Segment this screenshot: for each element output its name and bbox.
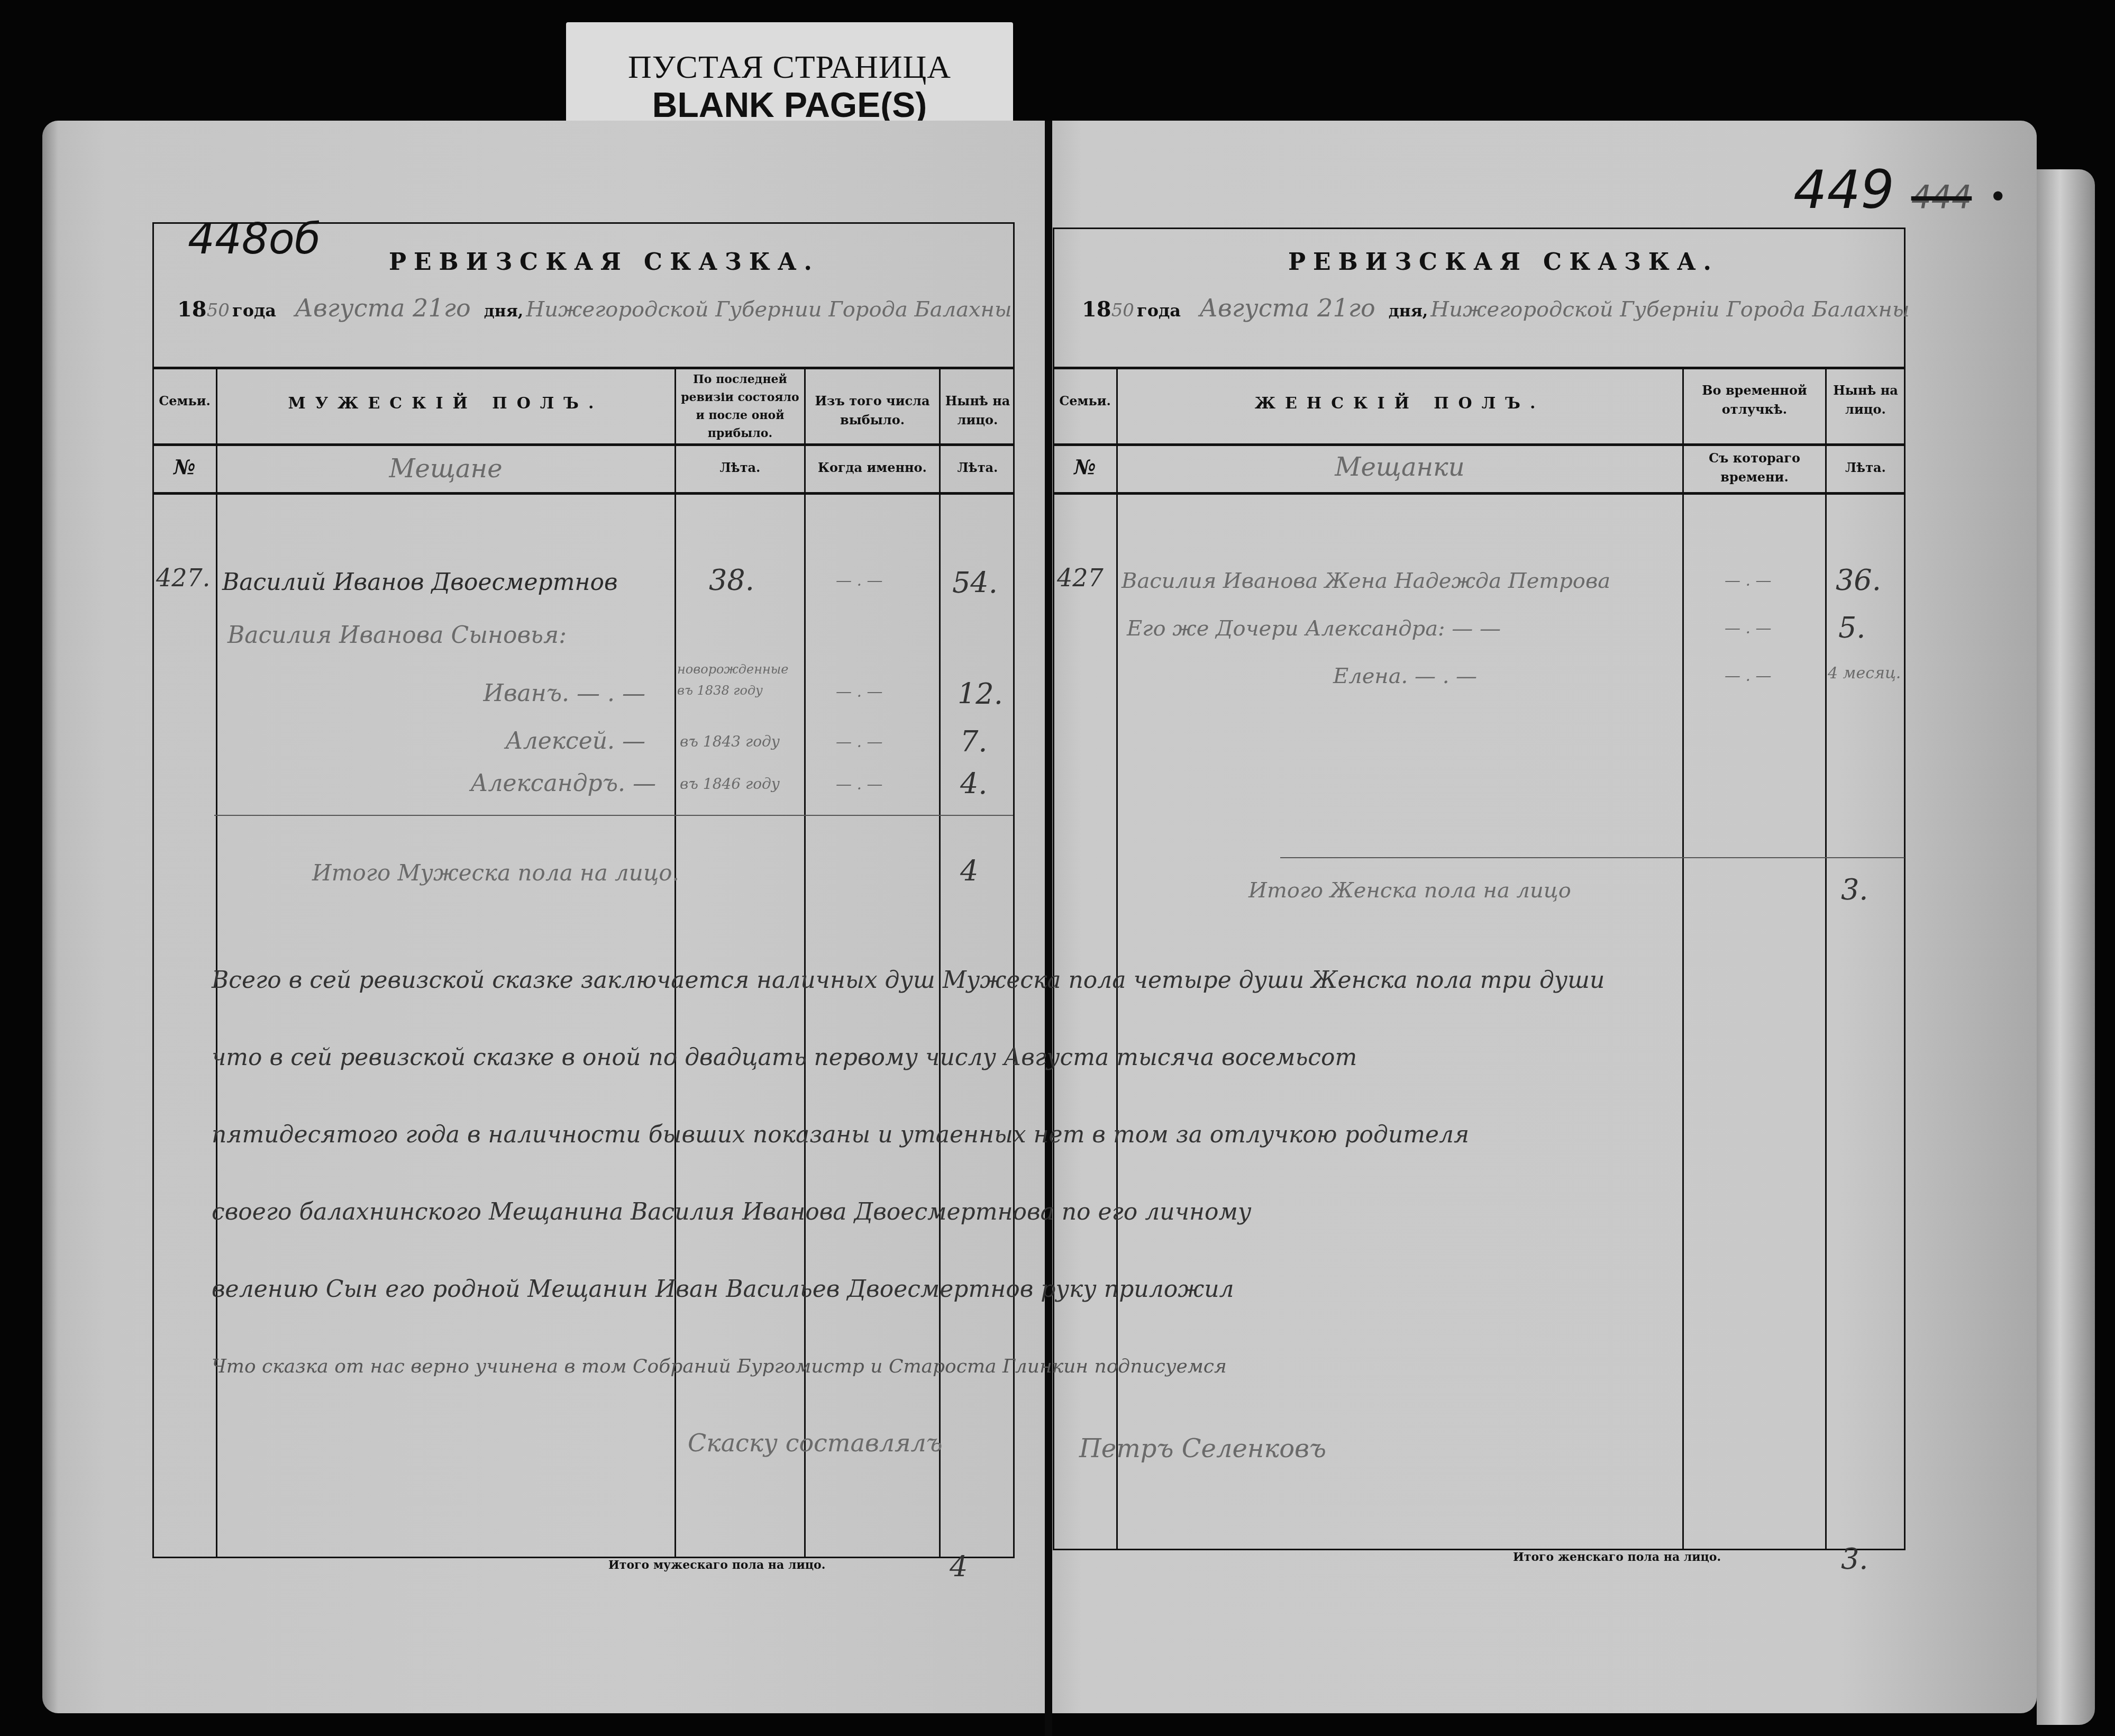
right-header-sex: ЖЕНСКІЙ ПОЛЪ. bbox=[1117, 394, 1682, 413]
right-location-handwritten: Нижегородской Губерніи Города Балахны bbox=[1430, 297, 1909, 322]
left-footer-value: 4 bbox=[950, 1550, 968, 1584]
right-header-present: Нынѣ на лицо. bbox=[1827, 381, 1904, 419]
right-header-bottom-rule bbox=[1053, 492, 1906, 495]
left-date-line: 1850 года Августа 21го дня, Нижегородско… bbox=[177, 294, 1012, 322]
row-no: 427. bbox=[156, 563, 210, 592]
left-signature: Скаску составлялъ bbox=[688, 1429, 942, 1457]
row-name: Его же Дочери Александра: — — bbox=[1127, 616, 1501, 641]
row-last-revision: въ 1843 году bbox=[680, 733, 780, 750]
left-year-prefix: 18 bbox=[177, 297, 207, 322]
right-header-estate: Мещанки bbox=[1117, 452, 1682, 482]
closing-text-line: велению Сын его родной Мещанин Иван Васи… bbox=[212, 1251, 2010, 1328]
row-name: Василия Иванова Жена Надежда Петрова bbox=[1122, 569, 1610, 593]
left-date-handwritten: Августа 21го bbox=[295, 294, 470, 322]
right-header-mid-rule bbox=[1053, 443, 1906, 446]
left-header-top-rule bbox=[152, 367, 1015, 369]
right-page-number: 449 444 • bbox=[1793, 159, 2007, 221]
left-year-word: года bbox=[232, 301, 276, 321]
book-spine bbox=[1045, 121, 1052, 1736]
right-header-no: № bbox=[1054, 458, 1116, 477]
row-name: Алексей. — bbox=[233, 728, 645, 755]
right-year-prefix: 18 bbox=[1082, 297, 1111, 322]
closing-text-line: пятидесятого года в наличности бывших по… bbox=[212, 1096, 2010, 1174]
left-location-handwritten: Нижегородской Губернии Города Балахны bbox=[526, 297, 1011, 322]
row-departed: — . — bbox=[836, 733, 883, 751]
left-header-mid-rule bbox=[152, 443, 1015, 446]
closing-text-line: Всего в сей ревизской сказке заключается… bbox=[212, 942, 2010, 1019]
row-name: Василия Иванова Сыновья: bbox=[227, 622, 567, 649]
row-present: 36. bbox=[1836, 563, 1881, 597]
row-name: Иванъ. — . — bbox=[233, 680, 645, 707]
right-page-number-current: 449 bbox=[1793, 159, 1894, 221]
left-header-years: Лѣта. bbox=[676, 458, 804, 477]
row-name: Елена. — . — bbox=[1333, 664, 1477, 688]
right-date-handwritten: Августа 21го bbox=[1199, 294, 1375, 322]
row-departed: — . — bbox=[836, 571, 883, 590]
left-year-suffix: 50 bbox=[207, 300, 230, 321]
closing-text-line: Что сказка от нас верно учинена в том Со… bbox=[212, 1328, 2010, 1405]
left-form-title: РЕВИЗСКАЯ СКАЗКА. bbox=[389, 249, 819, 276]
left-header-no: № bbox=[153, 458, 216, 477]
left-header-last-revision: По последней ревизіи состояло и после он… bbox=[676, 370, 804, 442]
right-total-rule bbox=[1280, 857, 1904, 858]
closing-text-line: своего балахнинского Мещанина Василия Ив… bbox=[212, 1174, 2010, 1251]
left-header-estate: Мещане bbox=[217, 454, 674, 484]
right-day-word: дня, bbox=[1389, 302, 1428, 321]
row-name: Василий Иванов Двоесмертнов bbox=[222, 569, 618, 596]
label-text-english: BLANK PAGE(S) bbox=[566, 85, 1013, 125]
right-header-since: Съ котораго времени. bbox=[1684, 449, 1825, 487]
row-present: 5. bbox=[1838, 611, 1866, 644]
left-total-value: 4 bbox=[960, 855, 978, 888]
blank-page-label-card: ПУСТАЯ СТРАНИЦА BLANK PAGE(S) bbox=[566, 22, 1013, 136]
right-signature: Петръ Селенковъ bbox=[1079, 1434, 1326, 1464]
row-last-revision: въ 1846 году bbox=[680, 775, 780, 793]
right-date-line: 1850 года Августа 21го дня, Нижегородско… bbox=[1082, 294, 1910, 322]
row-present: 4. bbox=[960, 767, 988, 801]
row-present: 54. bbox=[952, 566, 998, 599]
left-header-bottom-rule bbox=[152, 492, 1015, 495]
left-day-word: дня, bbox=[484, 302, 524, 321]
right-header-years: Лѣта. bbox=[1827, 458, 1904, 477]
row-present: 12. bbox=[958, 677, 1003, 711]
right-footer-label: Итого женскаго пола на лицо. bbox=[1513, 1550, 1721, 1564]
ink-dot: • bbox=[1989, 179, 2007, 216]
right-header-top-rule bbox=[1053, 367, 1906, 369]
closing-text-line: что в сей ревизской сказке в оной по два… bbox=[212, 1019, 2010, 1096]
right-total-value: 3. bbox=[1841, 873, 1868, 906]
row-last-revision: 38. bbox=[709, 563, 754, 597]
right-form-title: РЕВИЗСКАЯ СКАЗКА. bbox=[1288, 249, 1719, 276]
right-year-suffix: 50 bbox=[1111, 300, 1134, 321]
left-header-family: Семьи. bbox=[153, 392, 216, 411]
left-header-departed: Изъ того числа выбыло. bbox=[806, 392, 939, 430]
row-no: 427 bbox=[1057, 563, 1104, 592]
row-last-revision: новорожденные въ 1838 году bbox=[677, 659, 804, 701]
left-page-number: 448об bbox=[188, 214, 321, 263]
left-header-sex: МУЖЕСКІЙ ПОЛЪ. bbox=[217, 394, 674, 413]
row-absence: — . — bbox=[1725, 667, 1772, 685]
right-year-word: года bbox=[1137, 301, 1181, 321]
row-absence: — . — bbox=[1725, 619, 1772, 638]
left-footer-label: Итого мужескаго пола на лицо. bbox=[608, 1558, 825, 1572]
row-name: Александръ. — bbox=[233, 770, 656, 797]
left-total-label: Итого Мужеска пола на лицо. bbox=[312, 860, 679, 886]
left-total-rule bbox=[214, 815, 1013, 816]
row-departed: — . — bbox=[836, 683, 883, 701]
row-present: 7. bbox=[960, 725, 988, 758]
left-header-present: Нынѣ на лицо. bbox=[941, 392, 1015, 430]
row-present: 4 месяц. bbox=[1828, 664, 1901, 683]
right-header-family: Семьи. bbox=[1054, 392, 1116, 411]
row-departed: — . — bbox=[836, 775, 883, 794]
right-total-label: Итого Женска пола на лицо bbox=[1248, 878, 1571, 903]
right-page-number-struck: 444 bbox=[1911, 179, 1972, 216]
right-header-absence: Во временной отлучкѣ. bbox=[1684, 381, 1825, 419]
left-header-when: Когда именно. bbox=[806, 458, 939, 477]
label-text-russian: ПУСТАЯ СТРАНИЦА bbox=[566, 49, 1013, 86]
book-edge-right bbox=[2037, 169, 2095, 1725]
row-absence: — . — bbox=[1725, 571, 1772, 590]
left-header-years-2: Лѣта. bbox=[941, 458, 1015, 477]
closing-text-block: Всего в сей ревизской сказке заключается… bbox=[212, 942, 2010, 1405]
right-footer-value: 3. bbox=[1841, 1542, 1868, 1576]
